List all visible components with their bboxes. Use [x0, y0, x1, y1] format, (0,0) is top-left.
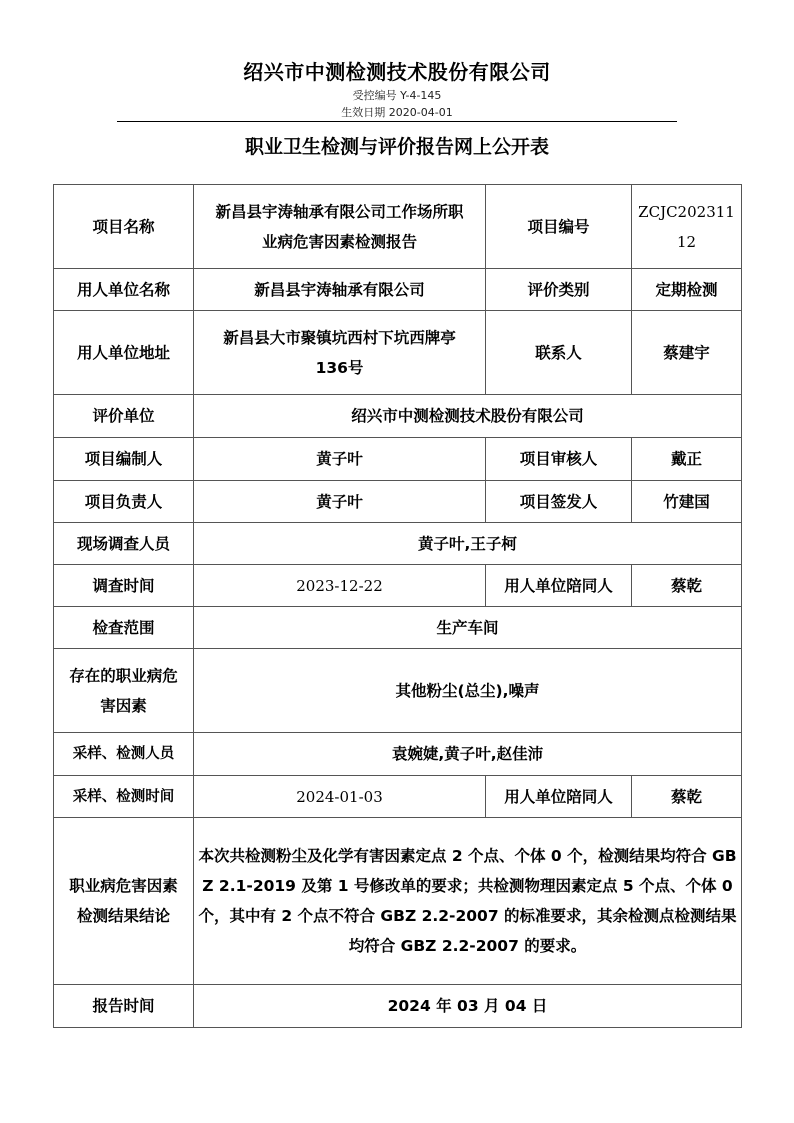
- effective-date: 生效日期 2020-04-01: [0, 104, 794, 120]
- value-investigation-time: 2023-12-22: [194, 565, 486, 607]
- label-conclusion: 职业病危害因素检测结果结论: [54, 818, 194, 985]
- table-row: 项目编制人 黄子叶 项目审核人 戴正: [54, 438, 742, 481]
- table-row: 用人单位名称 新昌县宇涛轴承有限公司 评价类别 定期检测: [54, 269, 742, 311]
- value-site-investigators: 黄子叶,王子柯: [194, 523, 742, 565]
- table-row: 调查时间 2023-12-22 用人单位陪同人 蔡乾: [54, 565, 742, 607]
- label-project-name: 项目名称: [54, 185, 194, 269]
- value-employer-name: 新昌县宇涛轴承有限公司: [194, 269, 486, 311]
- header-divider: [117, 121, 677, 122]
- value-employer-address: 新昌县大市聚镇坑西村下坑西牌亭136号: [194, 311, 486, 395]
- table-row: 项目负责人 黄子叶 项目签发人 竹建国: [54, 481, 742, 523]
- label-employer-address: 用人单位地址: [54, 311, 194, 395]
- value-reviewer: 戴正: [632, 438, 742, 481]
- control-number: 受控编号 Y-4-145: [0, 87, 794, 103]
- label-reviewer: 项目审核人: [486, 438, 632, 481]
- value-accompany-1: 蔡乾: [632, 565, 742, 607]
- label-sampling-time: 采样、检测时间: [54, 776, 194, 818]
- table-row: 检查范围 生产车间: [54, 607, 742, 649]
- value-contact: 蔡建宇: [632, 311, 742, 395]
- table-row: 评价单位 绍兴市中测检测技术股份有限公司: [54, 395, 742, 438]
- value-report-time: 2024 年 03 月 04 日: [194, 985, 742, 1028]
- value-inspection-scope: 生产车间: [194, 607, 742, 649]
- value-project-no: ZCJC20231112: [632, 185, 742, 269]
- label-investigation-time: 调查时间: [54, 565, 194, 607]
- label-employer-name: 用人单位名称: [54, 269, 194, 311]
- label-project-no: 项目编号: [486, 185, 632, 269]
- page-title: 职业卫生检测与评价报告网上公开表: [0, 132, 794, 159]
- table-row: 采样、检测时间 2024-01-03 用人单位陪同人 蔡乾: [54, 776, 742, 818]
- label-compiler: 项目编制人: [54, 438, 194, 481]
- label-eval-type: 评价类别: [486, 269, 632, 311]
- label-issuer: 项目签发人: [486, 481, 632, 523]
- table-row: 项目名称 新昌县宇涛轴承有限公司工作场所职业病危害因素检测报告 项目编号 ZCJ…: [54, 185, 742, 269]
- value-conclusion: 本次共检测粉尘及化学有害因素定点 2 个点、个体 0 个，检测结果均符合 GBZ…: [194, 818, 742, 985]
- value-accompany-2: 蔡乾: [632, 776, 742, 818]
- value-compiler: 黄子叶: [194, 438, 486, 481]
- label-accompany-1: 用人单位陪同人: [486, 565, 632, 607]
- label-hazards: 存在的职业病危害因素: [54, 649, 194, 733]
- label-inspection-scope: 检查范围: [54, 607, 194, 649]
- table-row: 报告时间 2024 年 03 月 04 日: [54, 985, 742, 1028]
- value-eval-unit: 绍兴市中测检测技术股份有限公司: [194, 395, 742, 438]
- disclosure-table: 项目名称 新昌县宇涛轴承有限公司工作场所职业病危害因素检测报告 项目编号 ZCJ…: [53, 184, 742, 1028]
- value-leader: 黄子叶: [194, 481, 486, 523]
- company-name: 绍兴市中测检测技术股份有限公司: [0, 56, 794, 85]
- value-project-name: 新昌县宇涛轴承有限公司工作场所职业病危害因素检测报告: [194, 185, 486, 269]
- label-site-investigators: 现场调查人员: [54, 523, 194, 565]
- label-sampling-staff: 采样、检测人员: [54, 733, 194, 776]
- label-contact: 联系人: [486, 311, 632, 395]
- table-row: 现场调查人员 黄子叶,王子柯: [54, 523, 742, 565]
- value-issuer: 竹建国: [632, 481, 742, 523]
- table-row: 用人单位地址 新昌县大市聚镇坑西村下坑西牌亭136号 联系人 蔡建宇: [54, 311, 742, 395]
- label-eval-unit: 评价单位: [54, 395, 194, 438]
- label-report-time: 报告时间: [54, 985, 194, 1028]
- table-row: 采样、检测人员 袁婉婕,黄子叶,赵佳沛: [54, 733, 742, 776]
- label-leader: 项目负责人: [54, 481, 194, 523]
- value-sampling-time: 2024-01-03: [194, 776, 486, 818]
- value-hazards: 其他粉尘(总尘),噪声: [194, 649, 742, 733]
- table-row: 职业病危害因素检测结果结论 本次共检测粉尘及化学有害因素定点 2 个点、个体 0…: [54, 818, 742, 985]
- value-eval-type: 定期检测: [632, 269, 742, 311]
- value-sampling-staff: 袁婉婕,黄子叶,赵佳沛: [194, 733, 742, 776]
- label-accompany-2: 用人单位陪同人: [486, 776, 632, 818]
- table-row: 存在的职业病危害因素 其他粉尘(总尘),噪声: [54, 649, 742, 733]
